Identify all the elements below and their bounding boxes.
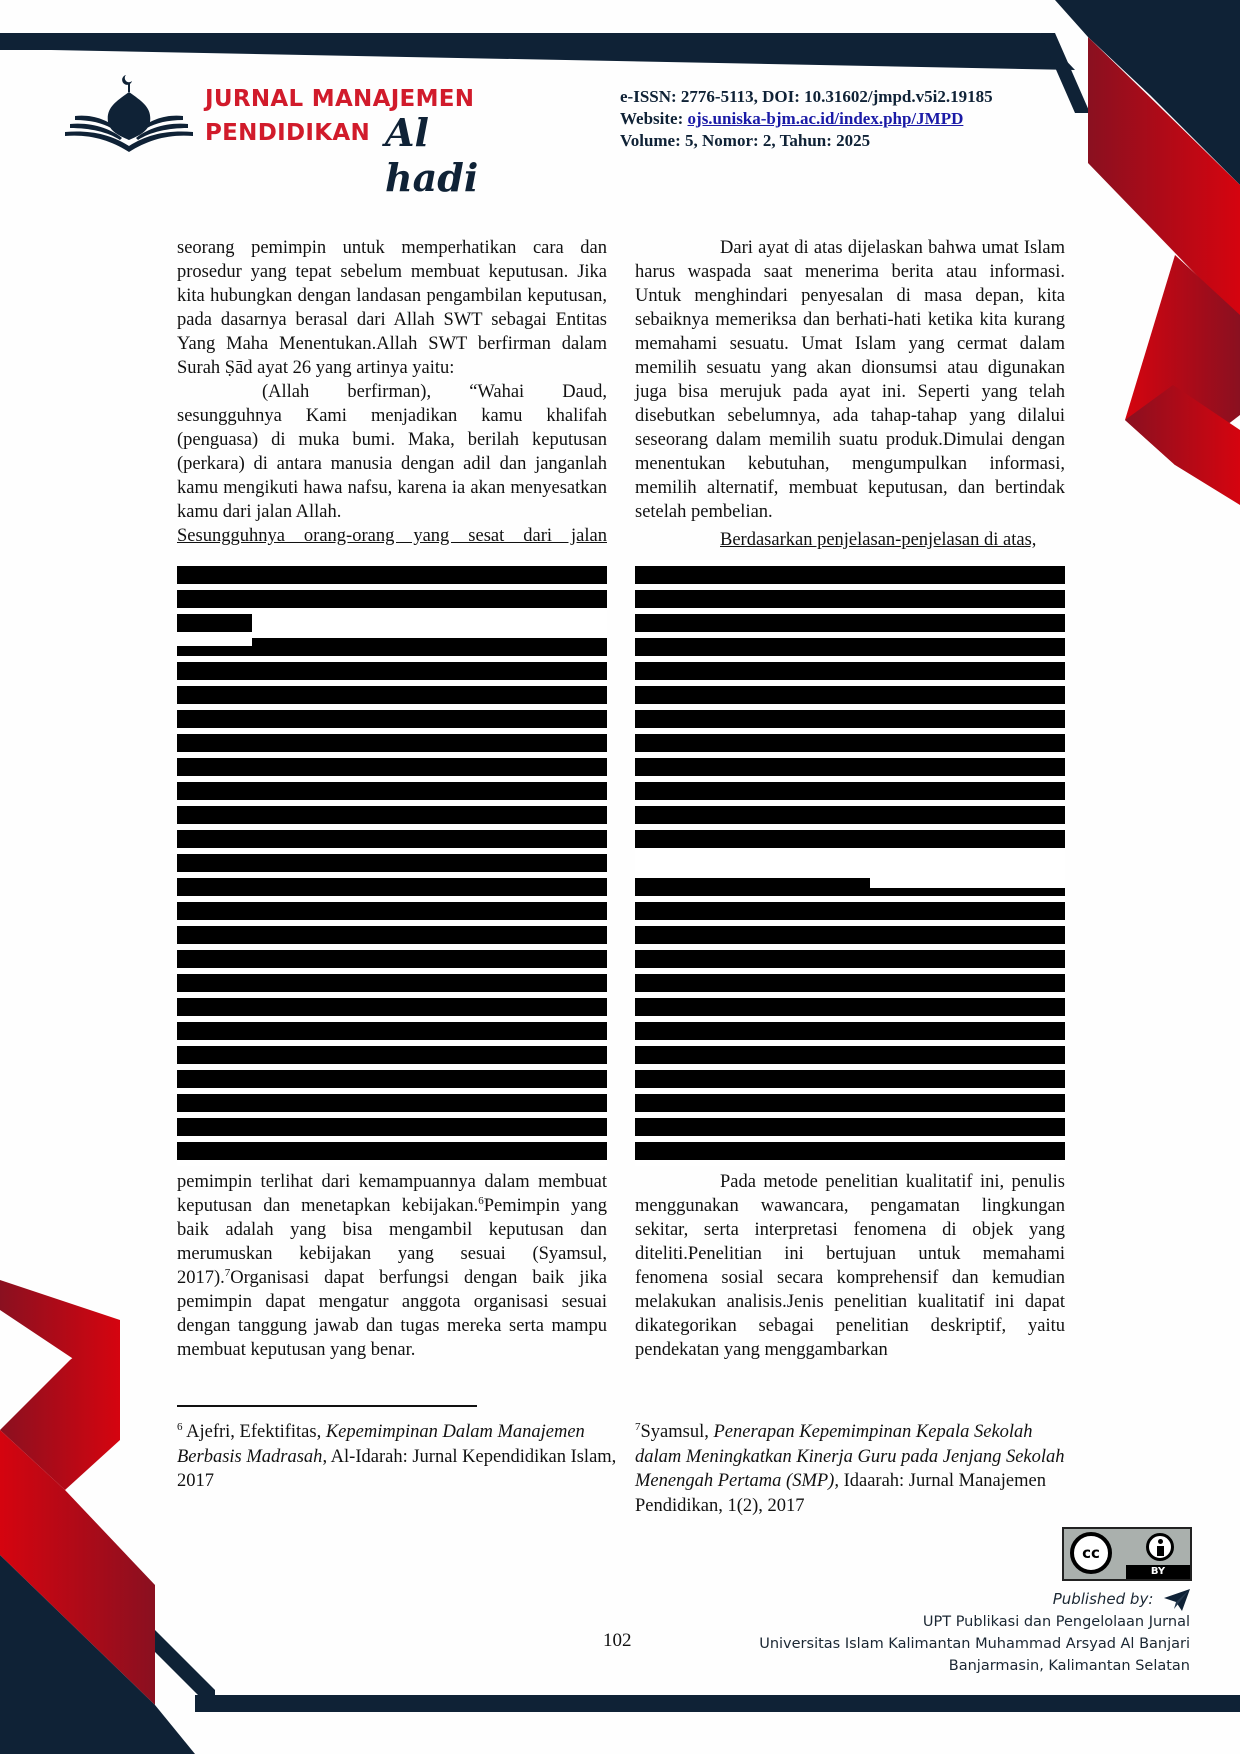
redacted-block-left [177,566,607,1166]
mosque-book-icon [60,70,200,160]
website-label: Website: [620,109,688,128]
journal-script-name: Al hadi [385,110,530,200]
publisher-line-3: Banjarmasin, Kalimantan Selatan [759,1655,1190,1677]
quran-quote: (Allah berfirman), “Wahai Daud, sesunggu… [177,380,607,524]
footnote-author: Ajefri, Efektifitas, [183,1422,326,1442]
published-by-label: Published by: [1053,1590,1154,1608]
paper-plane-icon [1164,1589,1190,1611]
publisher-info: Published by: UPT Publikasi dan Pengelol… [759,1588,1190,1677]
footnote-author: Syamsul, [641,1422,714,1442]
footnote-separator [177,1405,477,1407]
attribution-person-icon [1146,1533,1174,1561]
right-column-top: Dari ayat di atas dijelaskan bahwa umat … [635,236,1065,552]
volume-info: Volume: 5, Nomor: 2, Tahun: 2025 [620,130,993,152]
issn-doi: e-ISSN: 2776-5113, DOI: 10.31602/jmpd.v5… [620,86,993,108]
journal-logo: JURNAL MANAJEMEN PENDIDIKAN Al hadi [60,70,530,165]
website-line: Website: ojs.uniska-bjm.ac.id/index.php/… [620,108,993,130]
website-link[interactable]: ojs.uniska-bjm.ac.id/index.php/JMPD [688,109,964,128]
right-paragraph-3: Pada metode penelitian kualitatif ini, p… [635,1170,1065,1362]
cc-icon: cc [1070,1532,1112,1574]
publisher-line-1: UPT Publikasi dan Pengelolaan Jurnal [759,1611,1190,1633]
journal-metadata: e-ISSN: 2776-5113, DOI: 10.31602/jmpd.v5… [620,86,993,152]
publisher-line-2: Universitas Islam Kalimantan Muhammad Ar… [759,1633,1190,1655]
cc-by-license-badge[interactable]: cc BY [1062,1527,1192,1581]
right-paragraph-1: Dari ayat di atas dijelaskan bahwa umat … [635,236,1065,524]
left-paragraph-2: pemimpin terlihat dari kemampuannya dala… [177,1170,607,1362]
left-paragraph-2-part-c: Organisasi dapat berfungsi dengan baik j… [177,1268,607,1360]
left-paragraph-1: seorang pemimpin untuk memperhatikan car… [177,236,607,380]
redacted-block-right [635,566,1065,1166]
right-column-bottom: Pada metode penelitian kualitatif ini, p… [635,1170,1065,1362]
footnote-7: 7Syamsul, Penerapan Kepemimpinan Kepala … [635,1420,1065,1518]
left-column-bottom: pemimpin terlihat dari kemampuannya dala… [177,1170,607,1362]
license-by-label: BY [1126,1565,1190,1579]
quote-cut-line: Sesungguhnya orang-orang yang sesat dari… [177,524,607,548]
page-number: 102 [603,1630,632,1652]
footnote-6: 6 Ajefri, Efektifitas, Kepemimpinan Dala… [177,1420,617,1494]
left-column-top: seorang pemimpin untuk memperhatikan car… [177,236,607,548]
right-paragraph-2-cut: Berdasarkan penjelasan-penjelasan di ata… [635,528,1065,552]
